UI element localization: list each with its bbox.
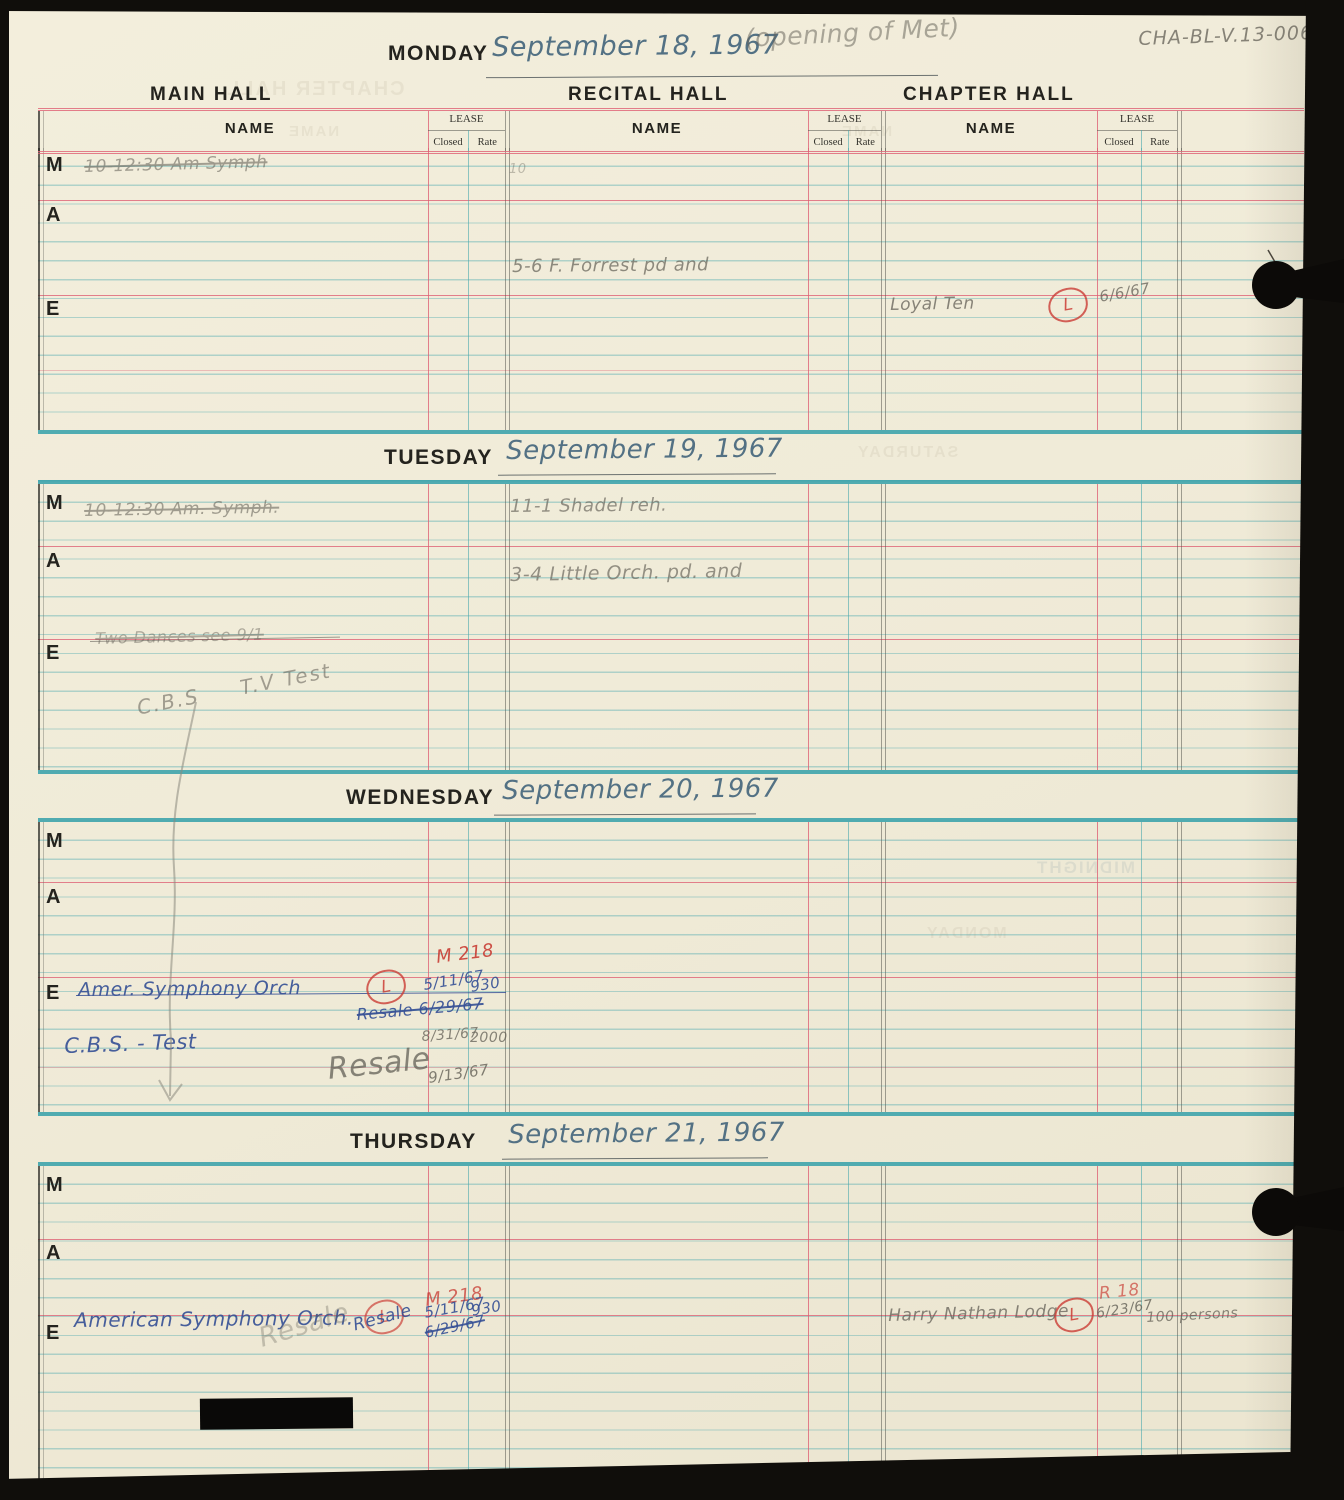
- ruling-line: [468, 1166, 469, 1500]
- row-line: [38, 546, 1304, 547]
- ruling-line: [808, 822, 809, 1112]
- row-label-evening: E: [46, 642, 60, 665]
- row-label-morning: M: [46, 492, 64, 515]
- rate-label: Rate: [850, 137, 881, 148]
- row-line: [38, 200, 1304, 201]
- ruling-line: [505, 148, 510, 430]
- ruling-line: [468, 484, 469, 770]
- closed-label: Closed: [428, 137, 468, 148]
- ruling-line: [848, 484, 849, 770]
- column-header-name: NAME: [891, 120, 1091, 137]
- date-underline: [494, 813, 756, 815]
- ruling-line: [1141, 1166, 1142, 1500]
- ruling-line: [808, 1166, 809, 1500]
- ruling-line: [1097, 484, 1098, 770]
- row-label-morning: M: [46, 154, 64, 177]
- ruling-line: [1097, 1166, 1098, 1500]
- row-label-evening: E: [46, 298, 60, 321]
- ruling-line: [848, 148, 849, 430]
- ruling-line: [881, 1166, 886, 1500]
- row-label-evening: E: [46, 982, 60, 1005]
- row-line: [38, 370, 1304, 371]
- hall-title-main: MAIN HALL: [150, 84, 272, 106]
- ruling-line: [1177, 822, 1182, 1112]
- entry-monday-chapter-name: Loyal Ten: [890, 294, 975, 315]
- ruling-line: [848, 822, 849, 1112]
- date-underline: [498, 473, 776, 475]
- ruling-line: [505, 822, 510, 1112]
- ruling-line: [505, 1166, 510, 1500]
- entry-wednesday-cbs-test: C.B.S. - Test: [64, 1029, 197, 1058]
- page-edge-shadow: [1244, 0, 1314, 1500]
- redaction-bar: [200, 1397, 353, 1430]
- column-header-name: NAME: [557, 120, 757, 137]
- column-header-name: NAME: [150, 120, 350, 137]
- ruling-line: [38, 148, 44, 430]
- paper-sheet: CHAPTER HALL NAME NAME SATURDAY MIDNIGHT…: [0, 0, 1344, 1500]
- column-header-row: NAME NAME NAME LEASE Closed Rate LEASE C…: [38, 108, 1304, 154]
- row-label-afternoon: A: [46, 550, 61, 573]
- ruling-line: [428, 148, 429, 430]
- ruling-line: [881, 148, 886, 430]
- lease-divider: [808, 130, 881, 131]
- entry-tuesday-recital-afternoon: 3-4 Little Orch. pd. and: [510, 560, 742, 586]
- ruling-line: [38, 111, 44, 151]
- ruling-line: [1141, 822, 1142, 1112]
- day-label-tuesday: TUESDAY: [384, 446, 493, 470]
- ruling-line: [1177, 484, 1182, 770]
- ghost-text: MIDNIGHT: [1035, 858, 1135, 878]
- rate-label: Rate: [470, 137, 505, 148]
- day-label-thursday: THURSDAY: [350, 1130, 477, 1154]
- scanned-ledger-page: CHAPTER HALL NAME NAME SATURDAY MIDNIGHT…: [0, 0, 1344, 1500]
- date-underline: [502, 1157, 768, 1159]
- entry-tuesday-recital-morning: 11-1 Shadel reh.: [510, 495, 667, 517]
- row-label-evening: E: [46, 1322, 60, 1345]
- hall-title-chapter: CHAPTER HALL: [903, 84, 1075, 106]
- ruling-line: [1177, 148, 1182, 430]
- ruling-line: [881, 822, 886, 1112]
- ghost-text: SATURDAY: [856, 444, 958, 462]
- lease-label: LEASE: [808, 113, 881, 125]
- ruling-line: [505, 484, 510, 770]
- hall-title-recital: RECITAL HALL: [568, 84, 729, 106]
- ruling-line: [808, 484, 809, 770]
- ruling-line: [38, 1166, 44, 1500]
- date-handwritten-wednesday: September 20, 1967: [502, 774, 779, 806]
- closed-label: Closed: [808, 137, 848, 148]
- lease-header-group: LEASE Closed Rate: [428, 111, 505, 151]
- entry-monday-recital: 5-6 F. Forrest pd and: [512, 254, 709, 277]
- ruling-line: [881, 111, 886, 151]
- row-line: [38, 1239, 1304, 1240]
- ruling-line: [1177, 1166, 1182, 1500]
- lease-label: LEASE: [428, 113, 505, 125]
- row-label-morning: M: [46, 830, 64, 853]
- ruling-line: [468, 148, 469, 430]
- lease-header-group: LEASE Closed Rate: [1097, 111, 1177, 151]
- row-line: [38, 882, 1304, 883]
- ruling-line: [1141, 484, 1142, 770]
- ruling-line: [808, 148, 809, 430]
- entry-wednesday-rate-2: 2000: [470, 1030, 508, 1046]
- date-note-monday: (opening of Met): [744, 13, 961, 53]
- ruling-line: [881, 484, 886, 770]
- ruling-line: [1177, 111, 1182, 151]
- ruling-line: [38, 822, 44, 1112]
- day-label-monday: MONDAY: [388, 42, 488, 66]
- lease-divider: [428, 130, 505, 131]
- entry-tuesday-main-morning: 10-12:30 Am. Symph.: [84, 498, 279, 521]
- thursday-grid: M A E: [38, 1162, 1304, 1500]
- row-label-afternoon: A: [46, 204, 61, 227]
- ruling-line: [848, 1166, 849, 1500]
- row-line: [38, 1067, 1304, 1068]
- date-handwritten-monday: September 18, 1967: [492, 29, 779, 63]
- ruling-line: [505, 111, 510, 151]
- row-label-afternoon: A: [46, 886, 61, 909]
- lease-divider: [1097, 130, 1177, 131]
- ghost-text: MONDAY: [925, 925, 1007, 943]
- date-handwritten-tuesday: September 19, 1967: [506, 434, 783, 466]
- row-label-afternoon: A: [46, 1242, 61, 1265]
- row-label-morning: M: [46, 1174, 64, 1197]
- ruling-line: [38, 484, 44, 770]
- lease-header-group: LEASE Closed Rate: [808, 111, 881, 151]
- closed-label: Closed: [1097, 137, 1141, 148]
- entry-monday-recital-mark: 10: [509, 162, 527, 177]
- date-underline: [486, 75, 938, 78]
- rate-label: Rate: [1143, 137, 1177, 148]
- lease-label: LEASE: [1097, 113, 1177, 125]
- entry-wednesday-main-evening: Amer. Symphony Orch: [78, 977, 301, 1001]
- day-label-wednesday: WEDNESDAY: [346, 786, 494, 810]
- ruling-line: [428, 484, 429, 770]
- date-handwritten-thursday: September 21, 1967: [508, 1118, 785, 1150]
